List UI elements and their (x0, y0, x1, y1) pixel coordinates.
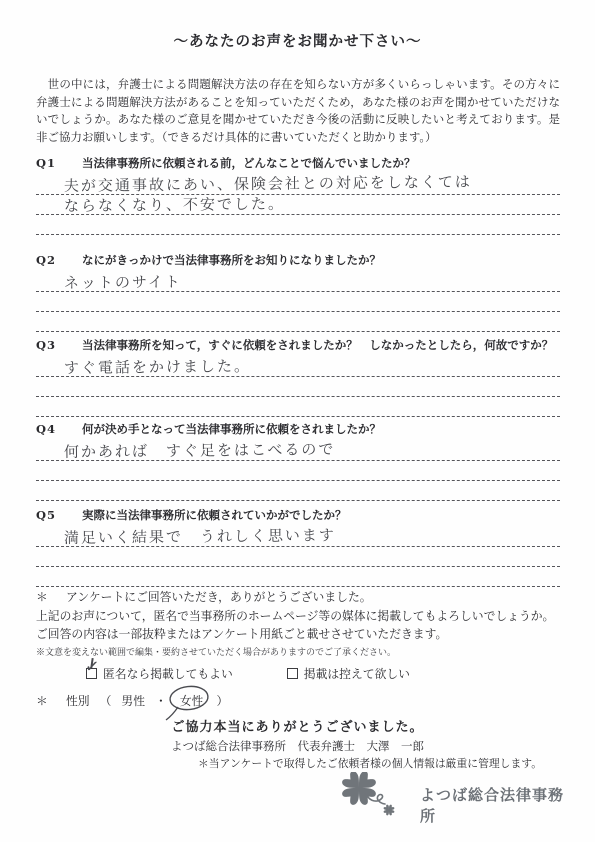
handwritten-answer: 何かあれば すぐ足をはこべるので (64, 439, 336, 462)
questionnaire-page: ～あなたのお声をお聞かせ下さい～ 世の中には，弁護士による問題解決方法の存在を知… (0, 0, 595, 842)
publication-options: ✓ 匿名なら掲載してもよい 掲載は控えて欲しい (86, 665, 560, 682)
question-label: 当法律事務所を知って，すぐに依頼をされましたか？ しなかったとしたら，何故ですか… (82, 337, 560, 353)
question-label: 当法律事務所に依頼される前，どんなことで悩んでいましたか？ (82, 155, 560, 171)
answer-line: ならなくなり、不安でした。 (36, 195, 560, 215)
question-number: Q2 (36, 252, 60, 268)
answer-line: ネットのサイト (36, 272, 560, 292)
handwritten-answer: 夫が交通事故にあい、保険会社との対応をしなくては (64, 172, 472, 196)
spacer (60, 507, 82, 523)
gender-row: ＊ 性別 （ 男性 ・ 女性 ） (36, 692, 560, 709)
four-leaf-clover-icon (340, 772, 402, 828)
answer-line (36, 397, 560, 417)
question-block-1: Q1 当法律事務所に依頼される前，どんなことで悩んでいましたか？ 夫が交通事故に… (36, 155, 560, 235)
spacer (60, 155, 82, 171)
firm-brand-name: よつば総合法律事務所 (420, 784, 565, 826)
gender-separator: ・ (155, 692, 167, 709)
question-block-4: Q4 何が決め手となって当法律事務所に依頼をされましたか？ 何かあれば すぐ足を… (36, 421, 560, 501)
spacer (60, 337, 82, 353)
paren-close: ） (216, 692, 228, 709)
answer-line (36, 547, 560, 567)
answer-line: 満足いく結果で うれしく思います (36, 527, 560, 547)
answer-line: 夫が交通事故にあい、保険会社との対応をしなくては (36, 175, 560, 195)
survey-thanks-line: ＊ アンケートにご回答いただき，ありがとうございました。 (36, 588, 560, 606)
answer-line: 何かあれば すぐ足をはこべるので (36, 441, 560, 461)
spacer (60, 421, 82, 437)
answer-line (36, 567, 560, 587)
question-label: 実際に当法律事務所に依頼されていかがでしたか？ (82, 507, 560, 523)
page-title: ～あなたのお声をお聞かせ下さい～ (0, 30, 595, 51)
checkbox-no-publication-icon (287, 668, 298, 679)
question-block-2: Q2 なにがきっかけで当法律事務所をお知りになりましたか？ ネットのサイト (36, 252, 560, 332)
gender-option-female-circled: 女性 (177, 692, 207, 709)
footer-office-line: よつば総合法律事務所 代表弁護士 大澤 一郎 (0, 738, 595, 754)
question-label: 何が決め手となって当法律事務所に依頼をされましたか？ (82, 421, 560, 437)
option-no-publication-label: 掲載は控えて欲しい (304, 665, 410, 682)
footer-privacy-note: ＊当アンケートで取得したご依頼者様の個人情報は厳重に管理します。 (170, 756, 570, 771)
answer-line (36, 312, 560, 332)
consent-section: ＊ アンケートにご回答いただき，ありがとうございました。 上記のお声について，匿… (36, 588, 560, 709)
spacer (60, 252, 82, 268)
handwritten-answer: すぐ電話をかけました。 (64, 356, 251, 378)
firm-logo: よつば総合法律事務所 (340, 772, 565, 828)
question-row: Q4 何が決め手となって当法律事務所に依頼をされましたか？ (36, 421, 560, 437)
question-row: Q3 当法律事務所を知って，すぐに依頼をされましたか？ しなかったとしたら，何故… (36, 337, 560, 353)
question-block-3: Q3 当法律事務所を知って，すぐに依頼をされましたか？ しなかったとしたら，何故… (36, 337, 560, 417)
question-row: Q5 実際に当法律事務所に依頼されていかがでしたか？ (36, 507, 560, 523)
question-number: Q4 (36, 421, 60, 437)
question-block-5: Q5 実際に当法律事務所に依頼されていかがでしたか？ 満足いく結果で うれしく思… (36, 507, 560, 587)
question-number: Q1 (36, 155, 60, 171)
handwritten-check-icon: ✓ (84, 656, 100, 677)
answer-line (36, 377, 560, 397)
answer-line: すぐ電話をかけました。 (36, 357, 560, 377)
asterisk-marker: ＊ (36, 692, 56, 709)
handwritten-answer: ならなくなり、不安でした。 (64, 194, 285, 216)
question-row: Q2 なにがきっかけで当法律事務所をお知りになりましたか？ (36, 252, 560, 268)
option-anonymous-ok-label: 匿名なら掲載してもよい (103, 665, 233, 682)
handwritten-answer: ネットのサイト (64, 272, 182, 293)
handwritten-answer: 満足いく結果で うれしく思います (64, 525, 336, 548)
question-number: Q3 (36, 337, 60, 353)
question-number: Q5 (36, 507, 60, 523)
answer-line (36, 215, 560, 235)
gender-label: 性別 (66, 692, 90, 709)
answer-line (36, 292, 560, 312)
consent-footnote: ※文意を変えない範囲で編集・要約させていただく場合がありますのでご了承ください。 (36, 646, 560, 660)
checkbox-anonymous-ok-icon: ✓ (86, 668, 97, 679)
footer-thanks: ご協力本当にありがとうございました。 (0, 716, 595, 735)
question-label: なにがきっかけで当法律事務所をお知りになりましたか？ (82, 252, 560, 268)
intro-paragraph: 世の中には，弁護士による問題解決方法の存在を知らない方が多くいらっしゃいます。そ… (36, 76, 560, 146)
answer-line (36, 461, 560, 481)
answer-line (36, 481, 560, 501)
gender-option-male: 男性 (121, 692, 145, 709)
asterisk-marker: ＊ (36, 588, 66, 606)
question-row: Q1 当法律事務所に依頼される前，どんなことで悩んでいましたか？ (36, 155, 560, 171)
consent-line-1: 上記のお声について，匿名で当事務所のホームページ等の媒体に掲載してもよろしいでし… (36, 608, 560, 626)
paren-open: （ (100, 692, 112, 709)
consent-line-2: ご回答の内容は一部抜粋またはアンケート用紙ごと載せさせていただきます。 (36, 626, 560, 644)
survey-thanks-text: アンケートにご回答いただき，ありがとうございました。 (66, 588, 372, 606)
